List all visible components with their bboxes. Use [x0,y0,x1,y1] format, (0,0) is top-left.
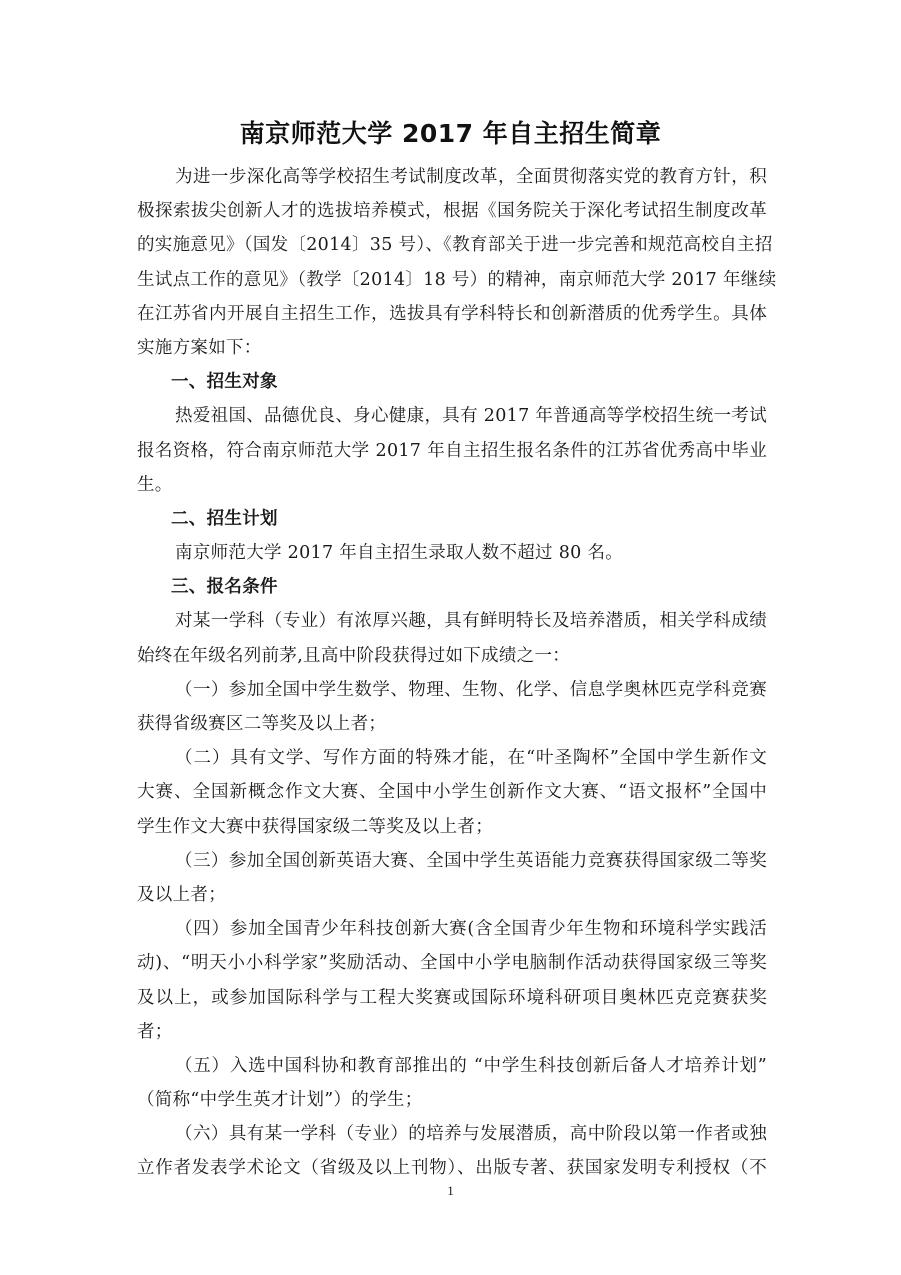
section-paragraph: 南京师范大学 2017 年自主招生录取人数不超过 80 名。 [137,536,767,570]
text-line: 为进一步深化高等学校招生考试制度改革，全面贯彻落实党的教育方针，积 [137,160,767,194]
text-line: 的实施意见》（国发〔2014〕35 号）、《教育部关于进一步完善和规范高校自主招 [137,228,767,262]
section-paragraph: 对某一学科（专业）有浓厚兴趣，具有鲜明特长及培养潜质，相关学科成绩 始终在年级名… [137,604,767,672]
text-line: 及以上，或参加国际科学与工程大奖赛或国际环境科研项目奥林匹克竞赛获奖 [137,981,767,1015]
text-line: 立作者发表学术论文（省级及以上刊物）、出版专著、获国家发明专利授权（不 [137,1151,767,1185]
text-line: （二）具有文学、写作方面的特殊才能，在“叶圣陶杯”全国中学生新作文 [137,741,767,775]
section-heading-admission-targets: 一、招生对象 [137,365,767,399]
text-line: 及以上者； [137,878,767,912]
intro-paragraph: 为进一步深化高等学校招生考试制度改革，全面贯彻落实党的教育方针，积 极探索拔尖创… [137,160,767,365]
text-line: 在江苏省内开展自主招生工作，选拔具有学科特长和创新潜质的优秀学生。具体 [137,297,767,331]
text-line: （三）参加全国创新英语大赛、全国中学生英语能力竞赛获得国家级二等奖 [137,844,767,878]
text-line: （五）入选中国科协和教育部推出的 “中学生科技创新后备人才培养计划” [137,1049,767,1083]
text-line: 报名资格，符合南京师范大学 2017 年自主招生报名条件的江苏省优秀高中毕业 [137,434,767,468]
condition-item-4: （四）参加全国青少年科技创新大赛(含全国青少年生物和环境科学实践活 动)、“明天… [137,912,767,1049]
section-paragraph: 热爱祖国、品德优良、身心健康，具有 2017 年普通高等学校招生统一考试 报名资… [137,399,767,502]
text-line: （简称“中学生英才计划”）的学生； [137,1083,767,1117]
text-line: 获得省级赛区二等奖及以上者； [137,707,767,741]
text-line: （一）参加全国中学生数学、物理、生物、化学、信息学奥林匹克学科竞赛 [137,673,767,707]
section-heading-admission-plan: 二、招生计划 [137,502,767,536]
text-line: 热爱祖国、品德优良、身心健康，具有 2017 年普通高等学校招生统一考试 [137,399,767,433]
document-body: 为进一步深化高等学校招生考试制度改革，全面贯彻落实党的教育方针，积 极探索拔尖创… [137,160,767,1186]
text-line: 者； [137,1015,767,1049]
text-line: 学生作文大赛中获得国家级二等奖及以上者； [137,810,767,844]
text-line: （六）具有某一学科（专业）的培养与发展潜质，高中阶段以第一作者或独 [137,1117,767,1151]
text-line: 动)、“明天小小科学家”奖励活动、全国中小学电脑制作活动获得国家级三等奖 [137,946,767,980]
page-title: 南京师范大学 2017 年自主招生简章 [0,114,901,150]
condition-item-6: （六）具有某一学科（专业）的培养与发展潜质，高中阶段以第一作者或独 立作者发表学… [137,1117,767,1185]
condition-item-3: （三）参加全国创新英语大赛、全国中学生英语能力竞赛获得国家级二等奖 及以上者； [137,844,767,912]
text-line: 大赛、全国新概念作文大赛、全国中小学生创新作文大赛、“语文报杯”全国中 [137,775,767,809]
text-line: 实施方案如下： [137,331,767,365]
text-line: 对某一学科（专业）有浓厚兴趣，具有鲜明特长及培养潜质，相关学科成绩 [137,604,767,638]
condition-item-2: （二）具有文学、写作方面的特殊才能，在“叶圣陶杯”全国中学生新作文 大赛、全国新… [137,741,767,844]
text-line: 始终在年级名列前茅,且高中阶段获得过如下成绩之一： [137,639,767,673]
text-line: 生试点工作的意见》（教学〔2014〕18 号）的精神，南京师范大学 2017 年… [137,263,767,297]
page-number: 1 [0,1183,901,1199]
text-line: （四）参加全国青少年科技创新大赛(含全国青少年生物和环境科学实践活 [137,912,767,946]
text-line: 生。 [137,468,767,502]
condition-item-1: （一）参加全国中学生数学、物理、生物、化学、信息学奥林匹克学科竞赛 获得省级赛区… [137,673,767,741]
section-heading-registration-conditions: 三、报名条件 [137,570,767,604]
document-page: 南京师范大学 2017 年自主招生简章 为进一步深化高等学校招生考试制度改革，全… [0,0,901,1275]
text-line: 极探索拔尖创新人才的选拔培养模式，根据《国务院关于深化考试招生制度改革 [137,194,767,228]
condition-item-5: （五）入选中国科协和教育部推出的 “中学生科技创新后备人才培养计划” （简称“中… [137,1049,767,1117]
text-line: 南京师范大学 2017 年自主招生录取人数不超过 80 名。 [137,536,767,570]
